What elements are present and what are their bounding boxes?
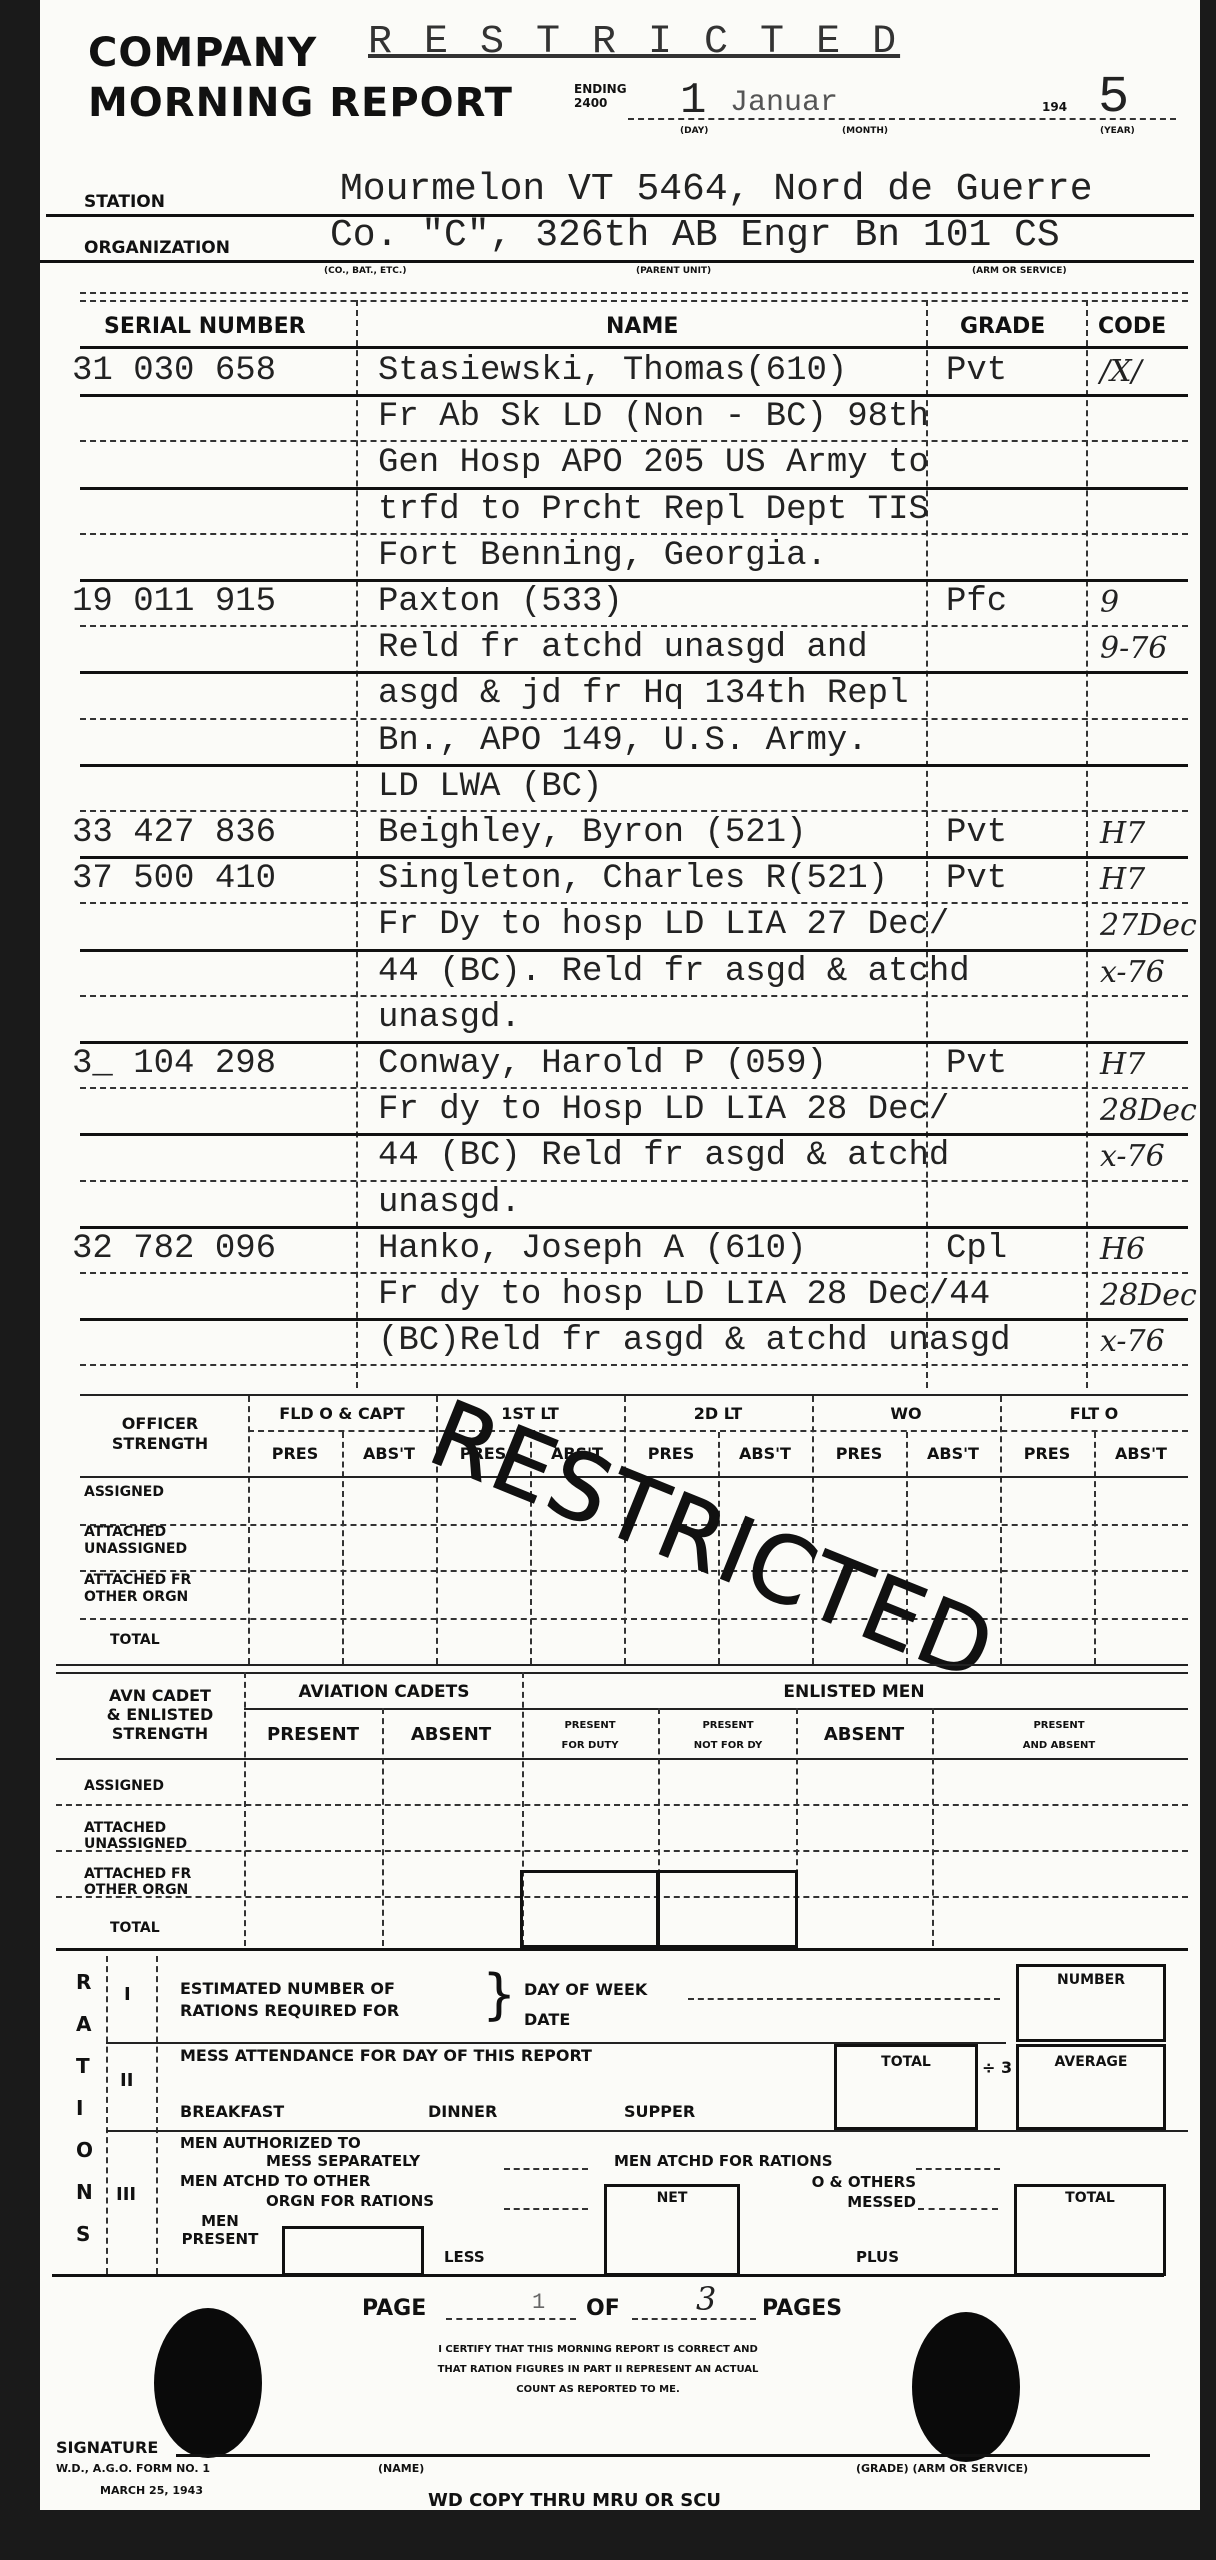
cadet-row-label-line: TOTAL — [110, 1920, 160, 1936]
column-header-serial: SERIAL NUMBER — [104, 314, 306, 339]
breakfast-label: BREAKFAST — [180, 2102, 284, 2121]
row-divider — [80, 440, 1188, 442]
em-present-not-duty-total-box[interactable] — [656, 1870, 798, 1948]
row-divider — [80, 995, 1188, 997]
row-divider — [80, 949, 1188, 952]
rations-bottom-line — [52, 2274, 1164, 2277]
section-iii-numeral: III — [116, 2184, 136, 2205]
officer-row-label-line: ATTACHED — [84, 1524, 187, 1541]
name-cell: (BC)Reld fr asgd & atchd unasgd — [378, 1322, 1011, 1360]
cadet-top-line-2 — [56, 1672, 1188, 1674]
of-field-line — [632, 2318, 756, 2320]
cadet-absent-header: ABSENT — [382, 1724, 520, 1745]
officer-row-label-line: ATTACHED FR — [84, 1572, 191, 1589]
officer-top-line — [80, 1394, 1188, 1396]
row-divider — [80, 533, 1188, 535]
brace-icon: } — [482, 1968, 516, 2022]
others-line1: O & OTHERS — [744, 2172, 916, 2192]
rations-letter-divider — [106, 1956, 108, 2274]
est-line2: RATIONS REQUIRED FOR — [180, 2000, 399, 2022]
name-cell: Hanko, Joseph A (610) — [378, 1230, 806, 1268]
code-cell: 9-76 — [1100, 631, 1167, 666]
code-cell: 9 — [1100, 585, 1119, 620]
em-present-not-line2: NOT FOR DY — [660, 1736, 796, 1756]
rations-letter: I — [76, 2096, 83, 2120]
code-cell: x-76 — [1100, 1139, 1165, 1174]
code-cell: H7 — [1100, 816, 1145, 851]
caption-month: (MONTH) — [842, 126, 888, 136]
less-label: LESS — [444, 2248, 485, 2266]
row-divider — [80, 902, 1188, 904]
cadet-row-label: ATTACHED FROTHER ORGN — [84, 1866, 191, 1898]
row-divider — [80, 1226, 1188, 1229]
men-present-box[interactable] — [282, 2226, 424, 2276]
cadet-group-divider — [244, 1708, 1188, 1710]
rations-letter: A — [76, 2012, 91, 2036]
officer-row-line — [80, 1570, 1188, 1572]
grade-caption: (GRADE) (ARM OR SERVICE) — [856, 2462, 1028, 2475]
cadet-col-divider-5 — [932, 1708, 934, 1946]
serial-number-cell: 31 030 658 — [72, 352, 276, 390]
page-number: 1 — [532, 2290, 545, 2315]
name-cell: Fr dy to Hosp LD LIA 28 Dec/ — [378, 1091, 949, 1129]
officer-row-label-line: UNASSIGNED — [84, 1541, 187, 1558]
row-divider — [80, 671, 1188, 674]
code-column-divider — [1086, 300, 1088, 1388]
name-cell: Fr dy to hosp LD LIA 28 Dec/44 — [378, 1276, 990, 1314]
code-cell: 27Dec — [1100, 908, 1197, 943]
row-divider — [80, 856, 1188, 859]
page-field-line — [446, 2318, 576, 2320]
name-cell: LD LWA (BC) — [378, 768, 602, 806]
cadet-col-divider-1 — [382, 1708, 384, 1946]
ending-label: ENDING 2400 — [574, 82, 627, 110]
name-cell: Conway, Harold P (059) — [378, 1045, 827, 1083]
men-atchd-rations-field[interactable] — [916, 2168, 1000, 2170]
day-of-week-label: DAY OF WEEK — [524, 1980, 647, 1999]
grade-cell: Cpl — [946, 1230, 1007, 1268]
punch-hole-left — [154, 2308, 262, 2458]
rations-numeral-divider — [156, 1956, 158, 2274]
serial-number-cell: 37 500 410 — [72, 860, 276, 898]
name-cell: unasgd. — [378, 999, 521, 1037]
em-present-duty-header: PRESENT FOR DUTY — [522, 1716, 658, 1756]
enlisted-men-header: ENLISTED MEN — [524, 1682, 1184, 1702]
officer-title-line1: OFFICER — [80, 1414, 240, 1434]
serial-column-divider — [356, 300, 358, 1388]
year-prefix: 194 — [1042, 100, 1067, 114]
row-divider — [80, 810, 1188, 812]
serial-number-cell: 32 782 096 — [72, 1230, 276, 1268]
name-cell: Paxton (533) — [378, 583, 623, 621]
header-divider-2 — [80, 300, 1188, 302]
rations-letter: S — [76, 2222, 90, 2246]
em-present-duty-line1: PRESENT — [522, 1716, 658, 1736]
officer-pres-header: PRES — [248, 1444, 342, 1463]
cadet-present-header: PRESENT — [244, 1724, 382, 1745]
men-present-line2: PRESENT — [160, 2230, 280, 2248]
cadet-row-label: ATTACHEDUNASSIGNED — [84, 1820, 187, 1852]
rations-total-label: TOTAL — [1014, 2190, 1166, 2206]
others-messed-field[interactable] — [918, 2208, 998, 2210]
serial-number-cell: 19 011 915 — [72, 583, 276, 621]
form-title-morning-report: MORNING REPORT — [88, 80, 513, 126]
officer-title-line2: STRENGTH — [80, 1434, 240, 1454]
date-label: DATE — [524, 2010, 570, 2029]
row-divider — [80, 1180, 1188, 1182]
cadet-strength-title: AVN CADET & ENLISTED STRENGTH — [80, 1686, 240, 1743]
of-label: OF — [586, 2296, 620, 2321]
officer-group-header: WO — [812, 1404, 1000, 1423]
men-atchd-other-line2: ORGN FOR RATIONS — [266, 2192, 434, 2210]
others-messed-label: O & OTHERS MESSED — [744, 2172, 916, 2212]
signature-label: SIGNATURE — [56, 2438, 158, 2457]
officer-abs-header: ABS'T — [342, 1444, 436, 1463]
name-cell: asgd & jd fr Hq 134th Repl — [378, 675, 909, 713]
em-present-not-duty-header: PRESENT NOT FOR DY — [660, 1716, 796, 1756]
copy-routing-note: WD COPY THRU MRU OR SCU — [428, 2490, 721, 2511]
supper-label: SUPPER — [624, 2102, 695, 2121]
name-cell: 44 (BC) Reld fr asgd & atchd — [378, 1137, 949, 1175]
cadet-top-line — [56, 1664, 1188, 1666]
officer-label-divider — [248, 1396, 250, 1664]
officer-group-header: 2D LT — [624, 1404, 812, 1423]
cadet-row-label-line: ASSIGNED — [84, 1778, 164, 1794]
row-divider — [80, 487, 1188, 490]
row-divider — [80, 579, 1188, 582]
column-header-grade: GRADE — [960, 314, 1045, 339]
officer-abs-header: ABS'T — [718, 1444, 812, 1463]
aviation-cadets-header: AVIATION CADETS — [244, 1682, 524, 1702]
men-present-label: MEN PRESENT — [160, 2212, 280, 2248]
column-header-code: CODE — [1098, 314, 1166, 339]
cadet-title-line3: STRENGTH — [80, 1724, 240, 1743]
header-row-bottom — [80, 346, 1188, 349]
atchd-other-field[interactable] — [504, 2208, 588, 2210]
officer-group-header: FLD O & CAPT — [248, 1404, 436, 1423]
name-cell: Singleton, Charles R(521) — [378, 860, 888, 898]
cadet-row-label: ASSIGNED — [84, 1778, 164, 1794]
officer-strength-title: OFFICER STRENGTH — [80, 1414, 240, 1454]
certify-line1: I CERTIFY THAT THIS MORNING REPORT IS CO… — [308, 2340, 888, 2360]
section-ii-numeral: II — [120, 2070, 133, 2091]
station-label: STATION — [84, 192, 165, 212]
cadet-row-label-line: ATTACHED FR — [84, 1866, 191, 1882]
code-cell: /X/ — [1100, 354, 1142, 389]
caption-year: (YEAR) — [1100, 126, 1135, 136]
certify-line2: THAT RATION FIGURES IN PART II REPRESENT… — [308, 2360, 888, 2380]
grade-cell: Pvt — [946, 814, 1007, 852]
cadet-title-line1: AVN CADET — [80, 1686, 240, 1705]
cadet-title-line2: & ENLISTED — [80, 1705, 240, 1724]
row-divider — [80, 718, 1188, 720]
row-divider — [80, 394, 1188, 397]
cadet-bottom-line — [56, 1948, 1188, 1951]
row-divider — [80, 764, 1188, 767]
punch-hole-right — [912, 2312, 1020, 2462]
officer-row-label: ATTACHEDUNASSIGNED — [84, 1524, 187, 1558]
rations-letter: N — [76, 2180, 93, 2204]
officer-row-label: TOTAL — [110, 1632, 160, 1649]
men-authorized-line1: MEN AUTHORIZED TO — [180, 2134, 361, 2152]
row-divider — [80, 1133, 1188, 1136]
em-absent-header: ABSENT — [796, 1724, 932, 1745]
row-divider — [80, 1087, 1188, 1089]
officer-row-line — [80, 1618, 1188, 1620]
serial-number-cell: 3_ 104 298 — [72, 1045, 276, 1083]
name-cell: Fr Ab Sk LD (Non - BC) 98th — [378, 398, 929, 436]
officer-row-label-line: OTHER ORGN — [84, 1589, 191, 1606]
est-line1: ESTIMATED NUMBER OF — [180, 1978, 399, 2000]
name-cell: trfd to Prcht Repl Dept TIS — [378, 491, 929, 529]
name-caption: (NAME) — [378, 2462, 424, 2475]
code-cell: H7 — [1100, 862, 1145, 897]
average-label: AVERAGE — [1016, 2054, 1166, 2070]
grade-cell: Pvt — [946, 860, 1007, 898]
name-cell: Gen Hosp APO 205 US Army to — [378, 444, 929, 482]
total-pages: 3 — [696, 2280, 716, 2318]
estimated-rations-label: ESTIMATED NUMBER OF RATIONS REQUIRED FOR — [180, 1978, 399, 2022]
officer-group-header: FLT O — [1000, 1404, 1188, 1423]
name-cell: Fr Dy to hosp LD LIA 27 Dec/ — [378, 906, 949, 944]
cadet-label-divider — [244, 1672, 246, 1946]
ending-label-line2: 2400 — [574, 96, 627, 110]
officer-row-label-line: ASSIGNED — [84, 1484, 164, 1501]
code-cell: x-76 — [1100, 1324, 1165, 1359]
code-cell: x-76 — [1100, 955, 1165, 990]
officer-abs-header: ABS'T — [906, 1444, 1000, 1463]
ending-label-line1: ENDING — [574, 82, 627, 96]
em-present-duty-total-box[interactable] — [520, 1870, 660, 1948]
number-label: NUMBER — [1016, 1972, 1166, 1988]
organization-label: ORGANIZATION — [84, 238, 230, 258]
rations-letter: T — [76, 2054, 90, 2078]
code-cell: 28Dec — [1100, 1093, 1197, 1128]
em-pres-abs-line1: PRESENT — [934, 1716, 1184, 1736]
form-date: MARCH 25, 1943 — [100, 2484, 203, 2497]
column-header-name: NAME — [606, 314, 678, 339]
name-cell: unasgd. — [378, 1184, 521, 1222]
others-line2: MESSED — [744, 2192, 916, 2212]
mess-total-label: TOTAL — [834, 2054, 978, 2070]
row-divider — [80, 1272, 1188, 1274]
name-cell: Reld fr atchd unasgd and — [378, 629, 868, 667]
certify-line3: COUNT AS REPORTED TO ME. — [308, 2380, 888, 2400]
code-cell: H6 — [1100, 1232, 1145, 1267]
officer-abs-header: ABS'T — [1094, 1444, 1188, 1463]
station-value: Mourmelon VT 5464, Nord de Guerre — [340, 168, 1093, 211]
grade-cell: Pfc — [946, 583, 1007, 621]
officer-pres-header: PRES — [812, 1444, 906, 1463]
officer-row-label-line: TOTAL — [110, 1632, 160, 1649]
page-label: PAGE — [362, 2296, 426, 2321]
pages-label: PAGES — [762, 2296, 842, 2321]
report-month: Januar — [730, 86, 838, 120]
plus-label: PLUS — [856, 2248, 899, 2266]
classification-stamp-header: R E S T R I C T E D — [368, 20, 900, 65]
grade-cell: Pvt — [946, 1045, 1007, 1083]
form-number: W.D., A.G.O. FORM NO. 1 — [56, 2462, 210, 2475]
rations-letter: R — [76, 1970, 91, 1994]
caption-arm-service: (ARM OR SERVICE) — [972, 266, 1067, 276]
cadet-header-bottom — [56, 1758, 1188, 1760]
code-cell: 28Dec — [1100, 1278, 1197, 1313]
officer-row-label: ASSIGNED — [84, 1484, 164, 1501]
mess-separately-field[interactable] — [504, 2168, 588, 2170]
section-ii-bottom — [106, 2130, 1188, 2132]
men-atchd-rations-label: MEN ATCHD FOR RATIONS — [614, 2152, 833, 2170]
section-i-numeral: I — [124, 1984, 131, 2005]
row-divider — [80, 1364, 1188, 1366]
officer-group-underline — [248, 1430, 1188, 1432]
name-cell: Stasiewski, Thomas(610) — [378, 352, 847, 390]
dinner-label: DINNER — [428, 2102, 497, 2121]
row-divider — [80, 625, 1188, 627]
caption-day: (DAY) — [680, 126, 708, 136]
em-pres-abs-line2: AND ABSENT — [934, 1736, 1184, 1756]
cadet-row-label: TOTAL — [110, 1920, 160, 1936]
mess-attendance-label: MESS ATTENDANCE FOR DAY OF THIS REPORT — [180, 2046, 592, 2065]
officer-row-label: ATTACHED FROTHER ORGN — [84, 1572, 191, 1606]
net-label: NET — [604, 2190, 740, 2206]
name-cell: 44 (BC). Reld fr asgd & atchd — [378, 953, 970, 991]
em-present-duty-line2: FOR DUTY — [522, 1736, 658, 1756]
em-present-absent-header: PRESENT AND ABSENT — [934, 1716, 1184, 1756]
organization-underline — [40, 260, 1194, 263]
certification-text: I CERTIFY THAT THIS MORNING REPORT IS CO… — [308, 2340, 888, 2400]
cadet-row-label-line: ATTACHED — [84, 1820, 187, 1836]
men-atchd-other-line1: MEN ATCHD TO OTHER — [180, 2172, 370, 2190]
serial-number-cell: 33 427 836 — [72, 814, 276, 852]
name-cell: Bn., APO 149, U.S. Army. — [378, 722, 868, 760]
cadet-row-line — [56, 1850, 1188, 1852]
men-authorized-line2: MESS SEPARATELY — [266, 2152, 420, 2170]
row-divider — [80, 1041, 1188, 1044]
officer-sub-divider — [1094, 1432, 1096, 1664]
rations-letter: O — [76, 2138, 93, 2162]
name-cell: Beighley, Byron (521) — [378, 814, 806, 852]
header-divider-1 — [80, 292, 1188, 294]
cadet-row-line — [56, 1804, 1188, 1806]
row-divider — [80, 1318, 1188, 1321]
officer-pres-header: PRES — [1000, 1444, 1094, 1463]
men-present-line1: MEN — [160, 2212, 280, 2230]
form-title-company: COMPANY — [88, 30, 317, 76]
signature-line[interactable] — [176, 2454, 1150, 2457]
divide-by-three: ÷ 3 — [982, 2058, 1010, 2077]
day-of-week-field[interactable] — [688, 1998, 1000, 2000]
organization-value: Co. "C", 326th AB Engr Bn 101 CS — [330, 214, 1060, 257]
officer-sub-divider — [342, 1432, 344, 1664]
name-cell: Fort Benning, Georgia. — [378, 537, 827, 575]
grade-cell: Pvt — [946, 352, 1007, 390]
em-present-not-line1: PRESENT — [660, 1716, 796, 1736]
code-cell: H7 — [1100, 1047, 1145, 1082]
caption-co-bat: (CO., BAT., ETC.) — [324, 266, 406, 276]
caption-parent-unit: (PARENT UNIT) — [636, 266, 711, 276]
date-underline — [628, 118, 1176, 120]
